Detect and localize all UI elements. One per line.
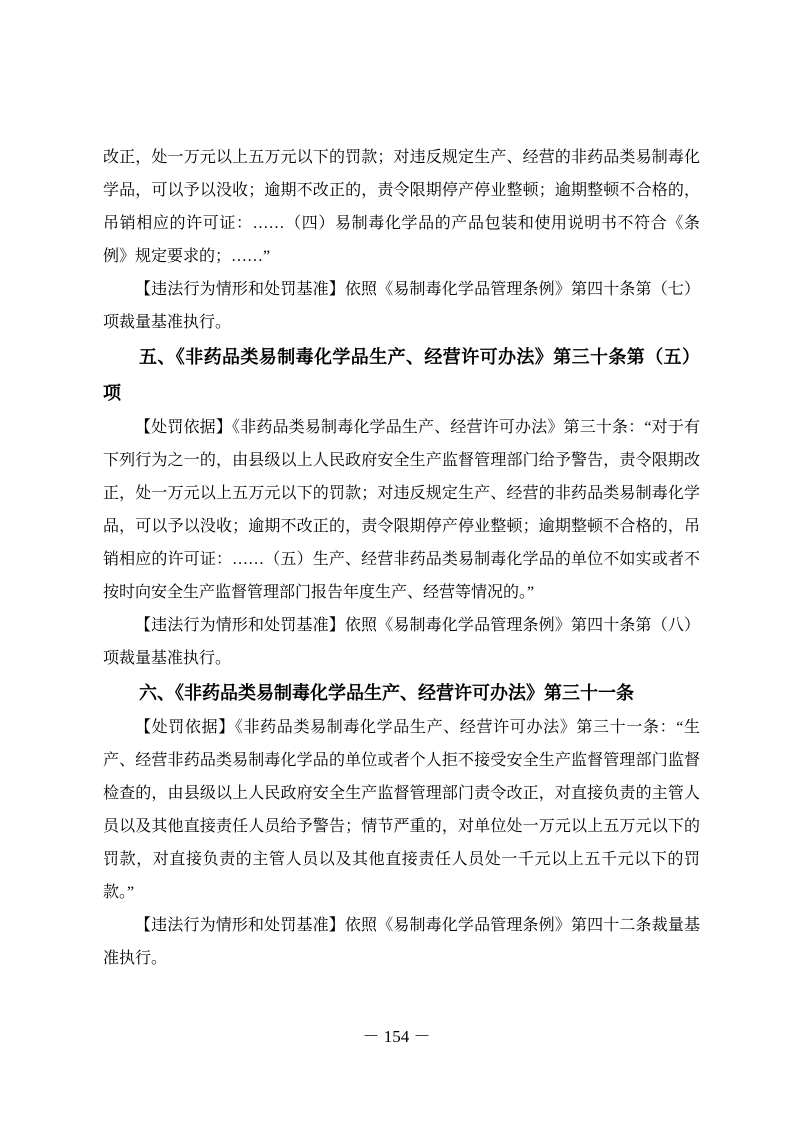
document-page: 改正，处一万元以上五万元以下的罚款；对违反规定生产、经营的非药品类易制毒化学品，… xyxy=(0,0,793,1122)
section-heading-five: 五、《非药品类易制毒化学品生产、经营许可办法》第三十条第（五）项 xyxy=(103,339,700,411)
body-paragraph-continuation: 改正，处一万元以上五万元以下的罚款；对违反规定生产、经营的非药品类易制毒化学品，… xyxy=(103,141,700,273)
penalty-basis-paragraph-article-30: 【处罚依据】《非药品类易制毒化学品生产、经营许可办法》第三十条：“对于有下列行为… xyxy=(103,411,700,609)
violation-basis-paragraph-1: 【违法行为情形和处罚基准】依照《易制毒化学品管理条例》第四十条第（七）项裁量基准… xyxy=(103,273,700,339)
page-number: － 154 － xyxy=(0,1026,793,1048)
penalty-basis-paragraph-article-31: 【处罚依据】《非药品类易制毒化学品生产、经营许可办法》第三十一条：“生产、经营非… xyxy=(103,711,700,909)
violation-basis-paragraph-3: 【违法行为情形和处罚基准】依照《易制毒化学品管理条例》第四十二条裁量基准执行。 xyxy=(103,909,700,975)
section-heading-six: 六、《非药品类易制毒化学品生产、经营许可办法》第三十一条 xyxy=(103,675,700,711)
violation-basis-paragraph-2: 【违法行为情形和处罚基准】依照《易制毒化学品管理条例》第四十条第（八）项裁量基准… xyxy=(103,609,700,675)
